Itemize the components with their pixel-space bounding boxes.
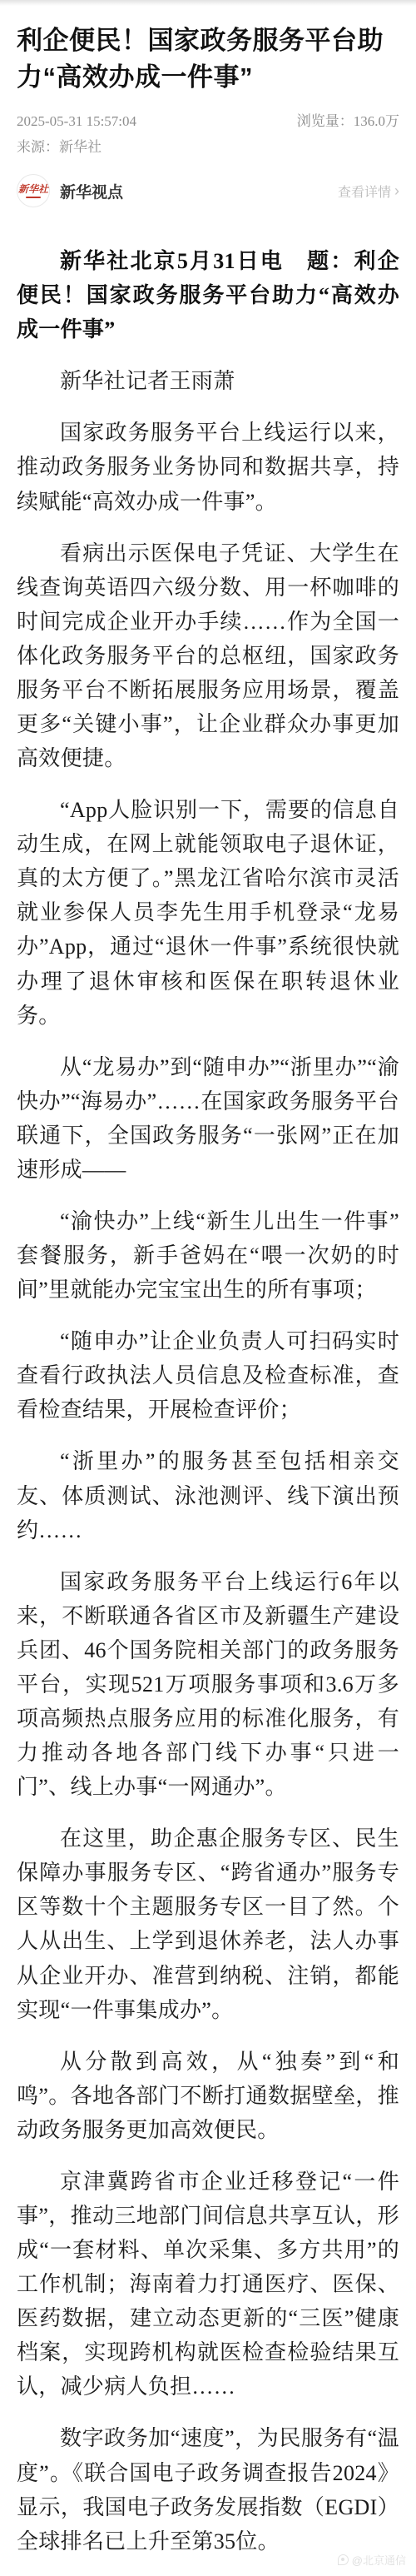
xinhua-logo-avatar: 新华社	[17, 174, 50, 207]
article-paragraph: 数字政务加“速度”，为民服务有“温度”。《联合国电子政务调查报告2024》显示，…	[17, 2421, 399, 2558]
article-paragraph: 新华社北京5月31日电 题：利企便民！国家政务服务平台助力“高效办成一件事”	[17, 244, 399, 346]
article-paragraph: “浙里办”的服务甚至包括相亲交友、体质测试、泳池测评、线下演出预约……	[17, 1444, 399, 1547]
article-page: 利企便民！国家政务服务平台助力“高效办成一件事” 2025-05-31 15:5…	[0, 0, 416, 2576]
article-meta: 2025-05-31 15:57:04 浏览量：136.0万 来源：新华社	[17, 109, 399, 156]
view-count: 浏览量：136.0万	[297, 109, 399, 130]
publisher-name: 新华视点	[60, 180, 123, 202]
article-paragraph: 京津冀跨省市企业迁移登记“一件事”，推动三地部门间信息共享互认，形成“一套材料、…	[17, 2165, 399, 2404]
article-paragraph: 国家政务服务平台上线运行以来，推动政务服务业务协同和数据共享，持续赋能“高效办成…	[17, 416, 399, 518]
article-paragraph: 新华社记者王雨萧	[17, 364, 399, 398]
article-paragraph: “渝快办”上线“新生儿出生一件事”套餐服务，新手爸妈在“喂一次奶的时间”里就能办…	[17, 1204, 399, 1307]
weibo-eye-icon	[338, 2554, 349, 2565]
article-paragraph: 从分散到高效，从“独奏”到“和鸣”。各地各部门不断打通数据壁垒，推动政务服务更加…	[17, 2045, 399, 2147]
page-title: 利企便民！国家政务服务平台助力“高效办成一件事”	[17, 22, 399, 96]
source-name: 新华社	[59, 139, 102, 155]
publisher-card[interactable]: 新华社 新华视点 查看详情 ›	[17, 174, 399, 207]
article-paragraph: 国家政务服务平台上线运行6年以来，不断联通各省区市及新疆生产建设兵团、46个国务…	[17, 1565, 399, 1805]
xinhua-logo-underline	[26, 197, 41, 198]
watermark-text: @北京通信	[352, 2552, 406, 2568]
top-edge-shadow	[0, 0, 416, 6]
view-count-value: 136.0万	[354, 113, 399, 129]
article-paragraph: 看病出示医保电子凭证、大学生在线查询英语四六级分数、用一杯咖啡的时间完成企业开办…	[17, 536, 399, 776]
publish-timestamp: 2025-05-31 15:57:04	[17, 113, 136, 130]
article-paragraph: 在这里，助企惠企服务专区、民生保障办事服务专区、“跨省通办”服务专区等数十个主题…	[17, 1821, 399, 2026]
xinhua-logo-text: 新华社	[18, 184, 48, 194]
article-paragraph: “随申办”让企业负责人可扫码实时查看行政执法人员信息及检查标准，查看检查结果，开…	[17, 1324, 399, 1427]
chevron-right-icon: ›	[394, 183, 399, 198]
article-body: 新华社北京5月31日电 题：利企便民！国家政务服务平台助力“高效办成一件事”新华…	[17, 244, 399, 2559]
article-source: 来源：新华社	[17, 135, 102, 156]
view-details-link[interactable]: 查看详情 ›	[338, 182, 399, 201]
weibo-watermark: @北京通信	[338, 2552, 406, 2568]
article-paragraph: “App人脸识别一下，需要的信息自动生成，在网上就能领取电子退休证，真的太方便了…	[17, 793, 399, 1033]
article-paragraph: 从“龙易办”到“随申办”“浙里办”“渝快办”“海易办”……在国家政务服务平台联通…	[17, 1050, 399, 1187]
